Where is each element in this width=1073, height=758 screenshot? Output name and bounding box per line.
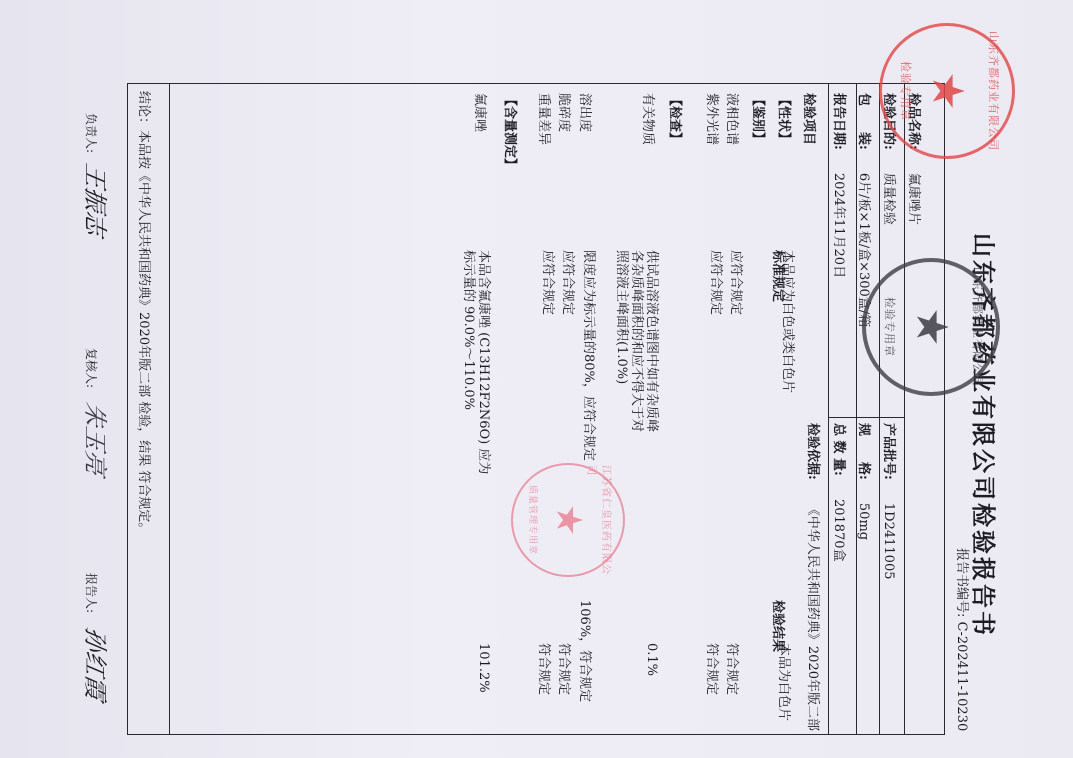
table-row-item: 氟康唑	[472, 93, 491, 132]
table-row-item: 【性状】	[776, 93, 795, 145]
table-row-standard: 应符合规定	[708, 250, 723, 315]
stamp-subtext: 检验专用章	[882, 297, 898, 357]
table-row-standard: 限度应为标示量的80%，应符合规定	[581, 250, 596, 461]
signature-handwriting: 王振志	[80, 161, 115, 239]
stamp-subtext: 检验专用章	[898, 61, 914, 121]
field-basis: 检验依据: 《中华人民共和国药典》2020年版二部	[805, 423, 824, 731]
table-row-item: 液相色谱	[724, 93, 743, 145]
star-icon: ★	[925, 71, 969, 110]
table-row-standard: 应符合规定	[560, 250, 575, 315]
table-row-result: 101.2%	[476, 643, 491, 693]
table-row-result: 符合规定	[704, 643, 723, 695]
table-row-standard: 供试品溶液色谱图中如有杂质峰各杂质峰面积的和应不得大于对照溶液主峰面积(1.0%…	[614, 250, 659, 432]
star-icon: ★	[550, 504, 586, 536]
stamp-subtext: 质量管理专用章	[527, 485, 540, 555]
field-value: 1D2411005	[881, 503, 896, 580]
stamp-text: 江苏省仁皇医药有限公司	[585, 465, 615, 575]
table-row-result: 符合规定	[536, 643, 555, 695]
table-row-result: 符合规定	[556, 643, 575, 695]
star-icon: ★	[909, 307, 953, 346]
table-row-standard: 本品应为白色或类白色片	[780, 250, 795, 393]
signature-handwriting: 朱玉亮	[80, 400, 115, 478]
row-divider	[879, 83, 880, 735]
table-row-standard: 应符合规定	[728, 250, 743, 315]
table-row-result: 0.1%	[644, 643, 659, 676]
signature-label: 复核人:	[84, 348, 98, 388]
field-total-quantity: 总 数 量: 201870盒	[831, 423, 850, 562]
column-header-item: 检验项目	[801, 93, 820, 145]
field-label: 产品批号:	[881, 423, 896, 480]
column-divider	[829, 417, 905, 418]
conclusion-divider	[169, 83, 170, 735]
field-label: 检验依据:	[805, 423, 820, 480]
signature-reporter: 报告人: 孙红霞	[80, 573, 115, 700]
table-row-result: 106%，符合规定	[577, 600, 596, 702]
field-label: 报告日期:	[831, 93, 846, 150]
company-inspection-stamp-red: ★ 山东齐都药业有限公司 检验专用章	[879, 23, 1015, 159]
report-number-label: 报告书编号:	[954, 548, 969, 617]
signature-reviewer: 复核人: 朱玉亮	[80, 348, 115, 475]
table-row-item: 紫外光谱	[704, 93, 723, 145]
table-row-item: 【鉴别】	[750, 93, 769, 145]
conclusion-text: 结论：本品按《中华人民共和国药典》2020年版二部 检验，结果 符合规定。	[136, 91, 155, 535]
field-value: 《中华人民共和国药典》2020年版二部	[805, 503, 820, 731]
field-label: 包 装:	[856, 93, 871, 150]
field-value: 质量检验	[881, 173, 896, 225]
stamp-text: 山东齐都药业有限公司	[970, 267, 986, 387]
table-row-result: 符合规定	[724, 643, 743, 695]
signature-label: 负责人:	[84, 113, 98, 153]
table-row-standard: 应符合规定	[540, 250, 555, 315]
field-value: 2024年11月20日	[831, 173, 846, 278]
signature-handwriting: 孙红霞	[80, 625, 115, 703]
report-number: 报告书编号: C-202411-10230	[954, 548, 973, 731]
table-row-item: 脆碎度	[556, 93, 575, 132]
table-row-standard: 本品含氟康唑 (C13H12F2N6O) 应为标示量的 90.0%～110.0%	[461, 250, 491, 474]
field-value: 50mg	[856, 503, 871, 540]
receiver-quality-stamp: ★ 江苏省仁皇医药有限公司 质量管理专用章	[511, 463, 625, 577]
report-number-value: C-202411-10230	[954, 622, 969, 732]
field-label: 规 格:	[856, 423, 871, 480]
field-batch-number: 产品批号: 1D2411005	[881, 423, 900, 580]
field-label: 总 数 量:	[831, 423, 846, 476]
table-row-result: 本品为白色片	[776, 643, 795, 721]
table-row-item: 重量差异	[536, 93, 555, 145]
inspection-report: 山东齐都药业有限公司检验报告书 报告书编号: C-202411-10230 检品…	[127, 83, 945, 735]
company-inspection-stamp-gray: ★ 山东齐都药业有限公司 检验专用章	[862, 258, 1000, 396]
signature-responsible: 负责人: 王振志	[80, 113, 115, 236]
field-value: 201870盒	[831, 499, 846, 562]
table-row-item: 有关物质	[640, 93, 659, 145]
field-value: 氟康唑片	[906, 173, 921, 225]
table-row-item: 溶出度	[577, 93, 596, 132]
row-divider	[904, 83, 905, 735]
row-divider	[828, 83, 829, 735]
stamp-text: 山东齐都药业有限公司	[986, 31, 1002, 151]
field-specification: 规 格: 50mg	[856, 423, 875, 540]
signature-label: 报告人:	[84, 573, 98, 613]
field-report-date: 报告日期: 2024年11月20日	[831, 93, 850, 278]
table-row-item: 【含量测定】	[502, 93, 521, 171]
table-row-item: 【检查】	[667, 93, 686, 145]
